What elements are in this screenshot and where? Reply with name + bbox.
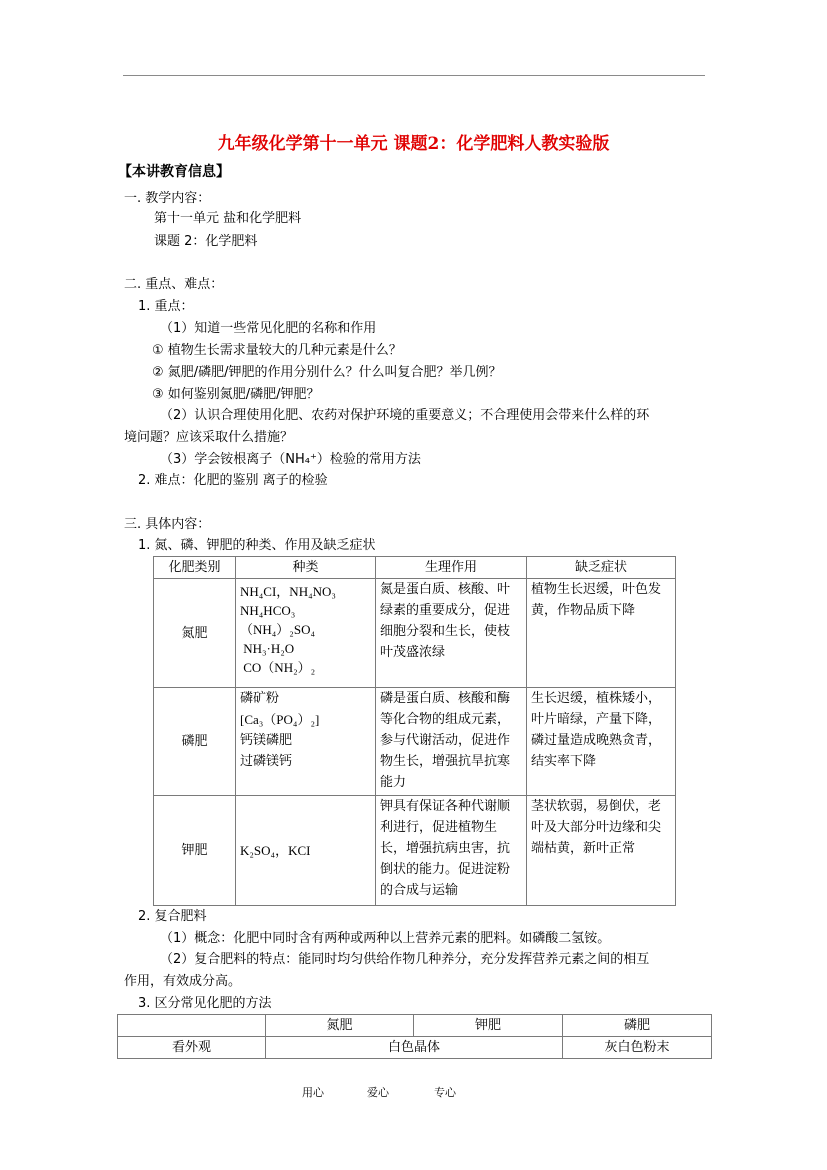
page-title: 九年级化学第十一单元 课题2：化学肥料人教实验版 (0, 136, 827, 153)
table-header-cell: 化肥类别 (154, 557, 236, 579)
kinds-cell: 磷矿粉 [Ca₃（PO₄）₂] 钙镁磷肥 过磷镁钙 (236, 688, 376, 796)
distinguish-table: 氮肥 钾肥 磷肥 看外观 白色晶体 灰白色粉末 (117, 1014, 712, 1059)
footer-item: 爱心 (367, 1087, 389, 1098)
key-item: ② 氮肥/磷肥/钾肥的作用分别什么？什么叫复合肥？举几例？ (152, 366, 502, 379)
difficulty-item: 2. 难点：化肥的鉴别 离子的检验 (138, 474, 328, 487)
merged-value-cell: 白色晶体 (266, 1037, 563, 1059)
part3-item1: 1. 氮、磷、钾肥的种类、作用及缺乏症状 (138, 539, 376, 552)
table-header-row: 氮肥 钾肥 磷肥 (118, 1015, 712, 1037)
category-cell: 钾肥 (154, 796, 236, 906)
kind-item: NH₄HCO₃ (240, 601, 371, 620)
key-item: ① 植物生长需求量较大的几种元素是什么？ (152, 344, 402, 357)
kind-item: （NH₄）₂SO₄ (240, 620, 371, 639)
table-header-cell: 种类 (236, 557, 376, 579)
kind-item: 过磷镁钙 (240, 751, 371, 772)
kinds-cell: NH₄CI，NH₄NO₃ NH₄HCO₃ （NH₄）₂SO₄ NH₃·H₂O C… (236, 579, 376, 688)
key-item: ③ 如何鉴别氮肥/磷肥/钾肥？ (152, 388, 320, 401)
compound-line: （2）复合肥料的特点：能同时均匀供给作物几种养分，充分发挥营养元素之间的相互 (160, 953, 649, 966)
table-header-cell: 磷肥 (563, 1015, 712, 1037)
fertilizer-table: 化肥类别 种类 生理作用 缺乏症状 氮肥 NH₄CI，NH₄NO₃ NH₄HCO… (153, 556, 676, 906)
table-header-cell (118, 1015, 266, 1037)
row-label-cell: 看外观 (118, 1037, 266, 1059)
part1-line: 课题 2：化学肥料 (154, 235, 257, 248)
function-cell: 磷是蛋白质、核酸和酶等化合物的组成元素，参与代谢活动，促进作物生长，增强抗旱抗寒… (376, 688, 527, 796)
table-row: 氮肥 NH₄CI，NH₄NO₃ NH₄HCO₃ （NH₄）₂SO₄ NH₃·H₂… (154, 579, 676, 688)
table-row: 钾肥 K₂SO₄，KCI 钾具有保证各种代谢顺利进行，促进植物生长，增强抗病虫害… (154, 796, 676, 906)
kind-item: NH₄CI，NH₄NO₃ (240, 582, 371, 601)
key-item: （2）认识合理使用化肥、农药对保护环境的重要意义；不合理使用会带来什么样的环 (160, 409, 649, 422)
kind-item: [Ca₃（PO₄）₂] (240, 709, 371, 730)
function-cell: 氮是蛋白质、核酸、叶绿素的重要成分，促进细胞分裂和生长，使枝叶茂盛浓绿 (376, 579, 527, 688)
table-header-cell: 氮肥 (266, 1015, 414, 1037)
header-rule (123, 75, 705, 76)
table-row: 看外观 白色晶体 灰白色粉末 (118, 1037, 712, 1059)
category-cell: 磷肥 (154, 688, 236, 796)
compound-line: （1）概念：化肥中同时含有两种或两种以上营养元素的肥料。如磷酸二氢铵。 (160, 932, 610, 945)
section-label: 【本讲教育信息】 (118, 165, 230, 179)
key-points-label: 1. 重点： (138, 300, 194, 313)
value-cell: 灰白色粉末 (563, 1037, 712, 1059)
table-header-cell: 生理作用 (376, 557, 527, 579)
key-item: 境问题？应该采取什么措施？ (124, 431, 293, 444)
kind-item: 钙镁磷肥 (240, 730, 371, 751)
part3-heading: 三. 具体内容： (124, 518, 210, 531)
table-header-cell: 缺乏症状 (527, 557, 676, 579)
key-item: （1）知道一些常见化肥的名称和作用 (160, 322, 376, 335)
footer-item: 用心 (302, 1087, 324, 1098)
kind-item: CO（NH₂）₂ (240, 658, 371, 677)
part3-item2: 2. 复合肥料 (138, 910, 207, 923)
part1-heading: 一. 教学内容： (124, 192, 210, 205)
part2-heading: 二. 重点、难点： (124, 278, 223, 291)
deficiency-cell: 生长迟缓，植株矮小，叶片暗绿，产量下降，磷过量造成晚熟贪青，结实率下降 (527, 688, 676, 796)
kind-item: 磷矿粉 (240, 688, 371, 709)
footer-item: 专心 (434, 1087, 456, 1098)
key-item: （3）学会铵根离子（NH₄⁺）检验的常用方法 (160, 453, 421, 466)
deficiency-cell: 茎状软弱，易倒伏，老叶及大部分叶边缘和尖端枯黄，新叶正常 (527, 796, 676, 906)
compound-line: 作用，有效成分高。 (124, 975, 241, 988)
deficiency-cell: 植物生长迟缓，叶色发黄，作物品质下降 (527, 579, 676, 688)
part3-item3: 3. 区分常见化肥的方法 (138, 997, 272, 1010)
part1-line: 第十一单元 盐和化学肥料 (154, 212, 301, 225)
table-row: 磷肥 磷矿粉 [Ca₃（PO₄）₂] 钙镁磷肥 过磷镁钙 磷是蛋白质、核酸和酶等… (154, 688, 676, 796)
kind-item: NH₃·H₂O (240, 639, 371, 658)
category-cell: 氮肥 (154, 579, 236, 688)
table-header-row: 化肥类别 种类 生理作用 缺乏症状 (154, 557, 676, 579)
table-header-cell: 钾肥 (414, 1015, 563, 1037)
function-cell: 钾具有保证各种代谢顺利进行，促进植物生长，增强抗病虫害，抗倒状的能力。促进淀粉的… (376, 796, 527, 906)
kinds-cell: K₂SO₄，KCI (236, 796, 376, 906)
